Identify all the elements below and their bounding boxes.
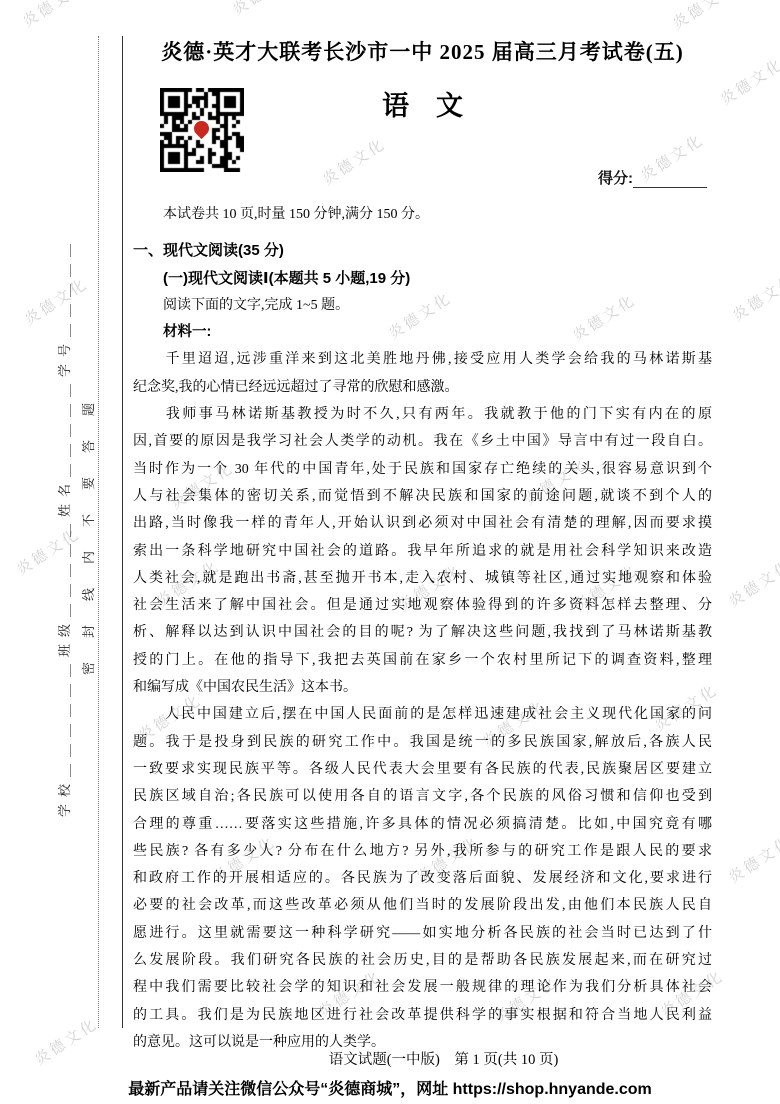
watermark-text: 炎德文化: [724, 831, 780, 888]
qr-code: [160, 88, 244, 172]
watermark-text: 炎德文化: [228, 0, 300, 20]
watermark-text: 炎德文化: [724, 555, 780, 612]
text-line: 人类社会,就是跑出书斋,甚至抛开书本,走入农村、城镇等社区,通过实地观察和体验: [133, 565, 712, 592]
page-border-line: [122, 36, 123, 1028]
watermark-text: 炎德文化: [728, 269, 780, 326]
text-line: 民族区域自治;各民族可以使用各自的语言文字,各个民族的风俗习惯和信仰也受到: [133, 783, 712, 810]
text-line: 愿进行。这里就需要这一种科学研究——如实地分析各民族的社会当时已达到了什: [133, 920, 712, 947]
text-line: 一、现代文阅读(35 分): [133, 237, 712, 264]
text-line: 授的门上。在他的指导下,我把去英国前在家乡一个农村里所记下的调查资料,整理: [133, 647, 712, 674]
text-line: 索出一条科学地研究中国社会的道路。我早年所追求的就是用社会科学知识来改造: [133, 538, 712, 565]
text-line: 的工具。我们是为民族地区进行社会改革提供科学的事实根据和符合当地人民利益: [133, 1002, 712, 1029]
text-line: 本试卷共 10 页,时量 150 分钟,满分 150 分。: [133, 201, 712, 228]
text-line: 么发展阶段。我们研究各民族的社会历史,目的是帮助各民族发展起来,而在研究过: [133, 947, 712, 974]
score-blank-line: [633, 173, 707, 188]
seal-dotted-line: [98, 36, 99, 1028]
text-line: 程中我们需要比较社会学的知识和社会发展一般规律的理论作为我们分析具体社会: [133, 974, 712, 1001]
text-line: 合理的尊重……要落实这些措施,许多具体的情况必须搞清楚。比如,中国究竟有哪: [133, 811, 712, 838]
text-line: 人民中国建立后,摆在中国人民面前的是怎样迅速建成社会主义现代化国家的问: [133, 701, 712, 728]
exam-paper-page: { "header": { "exam_title": "炎德·英才大联考长沙市…: [0, 0, 780, 1104]
score-label: 得分:: [598, 170, 633, 187]
exam-title: 炎德·英才大联考长沙市一中 2025 届高三月考试卷(五): [133, 36, 712, 66]
watermark-text: 炎德文化: [30, 1013, 102, 1070]
text-line: 当时作为一个 30 年代的中国青年,处于民族和国家存亡绝续的关头,很容易意识到个: [133, 456, 712, 483]
sidebar-seal-warning: 密封线内不要答题: [78, 377, 98, 677]
text-line: 一致要求实现民族平等。各级人民代表大会里要有各民族的代表,民族聚居区要建立: [133, 756, 712, 783]
text-line: 些民族? 各有多少人? 分布在什么地方? 另外,我所参与的研究工作是跟人民的要求: [133, 838, 712, 865]
footer-promo-text: 最新产品请关注微信公众号“炎德商城”，网址 https://shop.hnyan…: [0, 1076, 780, 1099]
text-line: 社会生活来了解中国社会。但是通过实地观察体验得到的许多资料怎样去整理、分: [133, 592, 712, 619]
text-line: 因,首要的原因是我学习社会人类学的动机。我在《乡土中国》导言中有过一段自白。: [133, 428, 712, 455]
text-line: 我师事马林诺斯基教授为时不久,只有两年。我就教于他的门下实有内在的原: [133, 401, 712, 428]
watermark-text: 炎德文化: [668, 0, 740, 34]
text-line: 千里迢迢,远涉重洋来到这北美胜地丹佛,接受应用人类学会给我的马林诺斯基: [133, 346, 712, 373]
text-line: 阅读下面的文字,完成 1~5 题。: [133, 292, 712, 319]
footer-page-number: 语文试题(一中版) 第 1 页(共 10 页): [133, 1048, 712, 1069]
watermark-text: 炎德文化: [318, 133, 390, 190]
score-field: 得分:: [598, 167, 707, 188]
text-line: 和政府工作的开展相适应的。各民族为了改变落后面貌、发展经济和文化,要求进行: [133, 865, 712, 892]
text-line: 析、解释以达到认识中国社会的目的呢? 为了解决这些问题,我找到了马林诺斯基教: [133, 619, 712, 646]
text-line: 和编写成《中国农民生活》这本书。: [133, 674, 712, 701]
text-line: 材料一:: [133, 319, 712, 346]
text-line: 出路,当时像我一样的青年人,开始认识到必须对中国社会有清楚的理解,因而要求摸: [133, 510, 712, 537]
text-line: (一)现代文阅读Ⅰ(本题共 5 小题,19 分): [133, 265, 712, 292]
text-line: 人与社会集体的密切关系,而觉悟到不解决民族和国家的前途问题,就谈不到个人的: [133, 483, 712, 510]
watermark-text: 炎德文化: [18, 0, 90, 32]
sidebar-student-fields: 学校＿＿＿＿＿＿班级＿＿＿＿＿姓名＿＿＿＿＿学号＿＿＿＿＿: [54, 192, 74, 862]
text-line: 纪念奖,我的心情已经远远超过了寻常的欣慰和感激。: [133, 374, 712, 401]
exam-body-text: 本试卷共 10 页,时量 150 分钟,满分 150 分。一、现代文阅读(35 …: [133, 201, 712, 1056]
text-line: 题。我于是投身到民族的研究工作中。我国是统一的多民族国家,解放后,各族人民: [133, 729, 712, 756]
watermark-text: 炎德文化: [716, 53, 780, 110]
text-line: 必要的社会改革,而这些改革必须从他们当时的发展阶段出发,由他们本民族人民自: [133, 892, 712, 919]
